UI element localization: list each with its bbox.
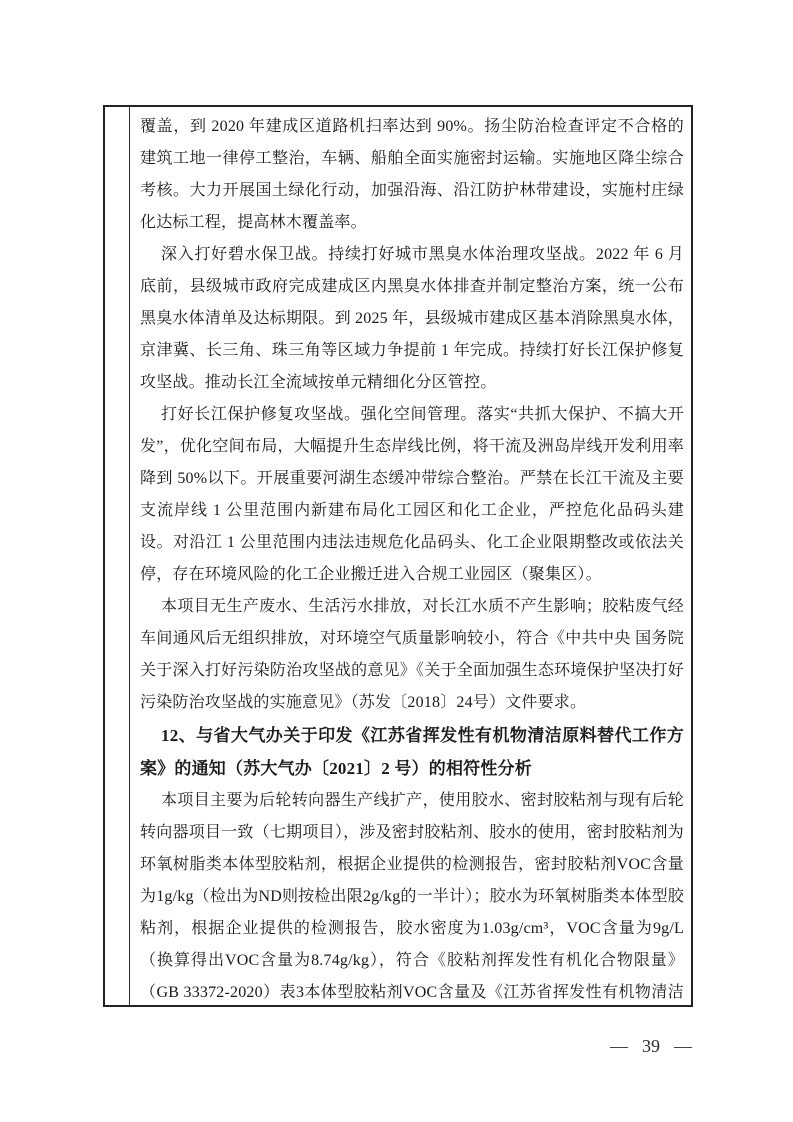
- paragraph: 打好长江保护修复攻坚战。强化空间管理。落实“共抓大保护、不搞大开发”，优化空间布…: [140, 399, 684, 591]
- document-page: 覆盖，到 2020 年建成区道路机扫率达到 90%。扬尘防治检查评定不合格的建筑…: [0, 0, 793, 1122]
- paragraph: 本项目主要为后轮转向器生产线扩产，使用胶水、密封胶粘剂与现有后轮转向器项目一致（…: [140, 785, 684, 1005]
- form-content-cell: 覆盖，到 2020 年建成区道路机扫率达到 90%。扬尘防治检查评定不合格的建筑…: [130, 107, 691, 1005]
- paragraph-continuation: 覆盖，到 2020 年建成区道路机扫率达到 90%。扬尘防治检查评定不合格的建筑…: [140, 111, 684, 239]
- footer-dash-right: —: [674, 1036, 692, 1057]
- footer-page-number: 39: [642, 1036, 660, 1057]
- footer-dash-left: —: [610, 1036, 628, 1057]
- page-number: — 39 —: [601, 1036, 701, 1057]
- report-form-border: 覆盖，到 2020 年建成区道路机扫率达到 90%。扬尘防治检查评定不合格的建筑…: [103, 105, 693, 1007]
- table-side-column: [105, 107, 130, 1005]
- section-heading-12: 12、与省大气办关于印发《江苏省挥发性有机物清洁原料替代工作方案》的通知（苏大气…: [140, 719, 684, 785]
- paragraph: 深入打好碧水保卫战。持续打好城市黑臭水体治理攻坚战。2022 年 6 月底前，县…: [140, 239, 684, 399]
- paragraph: 本项目无生产废水、生活污水排放，对长江水质不产生影响；胶粘废气经车间通风后无组织…: [140, 591, 684, 719]
